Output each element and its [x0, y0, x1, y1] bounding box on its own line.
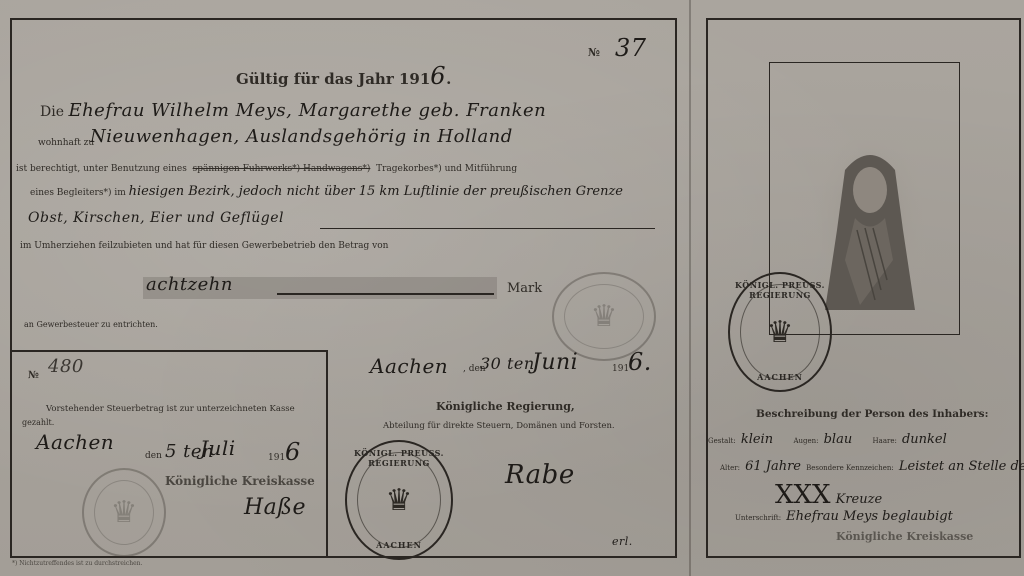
- validity-year: 6: [430, 62, 446, 90]
- haare-value: dunkel: [902, 432, 947, 447]
- receipt-signature: Haße: [244, 495, 306, 520]
- kennzeichen-label: Besondere Kennzeichen:: [806, 464, 894, 472]
- amount-rule: [277, 293, 494, 295]
- receipt-text-cont: gezahlt.: [22, 418, 54, 427]
- holder-name: Ehefrau Wilhelm Meys, Margarethe geb. Fr…: [68, 100, 546, 121]
- authority-initial: erl.: [612, 535, 633, 548]
- receipt-number: 480: [48, 356, 84, 377]
- kennzeichen-value: Leistet an Stelle der Namens-: [899, 459, 1024, 474]
- receipt-number-label: №: [28, 370, 39, 381]
- augen-value: blau: [824, 432, 853, 447]
- holder-portrait: [815, 140, 925, 315]
- issue-year: 6.: [628, 348, 652, 376]
- seal-bottom-text: AACHEN: [730, 372, 830, 382]
- holder-line: Die Ehefrau Wilhelm Meys, Margarethe geb…: [40, 100, 546, 121]
- alter-value: 61 Jahre: [745, 459, 801, 474]
- receipt-den-label: den: [145, 451, 162, 461]
- stamp-ring: [564, 284, 644, 349]
- augen-label: Augen:: [793, 437, 818, 445]
- issue-place: Aachen: [370, 354, 448, 378]
- receipt-faded-stamp: ♛: [82, 468, 166, 557]
- goods-list: Obst, Kirschen, Eier und Geflügel: [28, 210, 284, 226]
- description-row-age: Alter: 61 Jahre Besondere Kennzeichen: L…: [720, 455, 1024, 474]
- receipt-place: Aachen: [36, 430, 114, 454]
- permission-line: ist berechtigt, unter Benutzung eines sp…: [16, 164, 517, 174]
- trade-text: im Umherziehen feilzubieten und hat für …: [20, 241, 388, 251]
- tax-note: an Gewerbesteuer zu entrichten.: [24, 320, 158, 329]
- seal-top-text: KÖNIGL. PREUSS. REGIERUNG: [347, 448, 451, 468]
- footnote: *) Nichtzutreffendes ist zu durchstreich…: [12, 560, 142, 567]
- struck-options: spännigen Fuhrwerks*) Handwagens*): [193, 164, 371, 174]
- description-title: Beschreibung der Person des Inhabers:: [756, 408, 988, 420]
- receipt-office-stamp: Königliche Kreiskasse: [165, 474, 315, 488]
- haare-label: Haare:: [873, 437, 897, 445]
- issue-month: Juni: [532, 350, 578, 375]
- seal-bottom-text: AACHEN: [347, 540, 451, 550]
- seal-top-text: KÖNIGL. PREUSS. REGIERUNG: [730, 280, 830, 300]
- residence-label: wohnhaft zu: [38, 138, 94, 148]
- permission-text-end: Tragekorbes*) und Mitführung: [376, 164, 517, 174]
- receipt-month: Juli: [200, 436, 236, 460]
- gestalt-value: klein: [741, 432, 773, 447]
- right-office-stamp: Königliche Kreiskasse: [836, 530, 973, 543]
- permit-number-label: №: [588, 46, 600, 59]
- unterschrift-value: Ehefrau Meys beglaubigt: [786, 509, 953, 524]
- receipt-year: 6: [285, 438, 301, 466]
- amount-value: achtzehn: [146, 274, 233, 295]
- alter-label: Alter:: [720, 464, 740, 472]
- receipt-text: Vorstehender Steuerbetrag ist zur unterz…: [46, 404, 295, 414]
- permission-text-start: ist berechtigt, unter Benutzung eines: [16, 164, 187, 174]
- receipt-year-prefix: 191: [268, 453, 285, 463]
- unterschrift-label: Unterschrift:: [735, 514, 781, 522]
- authority-department: Abteilung für direkte Steuern, Domänen u…: [383, 421, 615, 431]
- validity-title-text: Gültig für das Jahr 191: [236, 70, 430, 88]
- authority-name: Königliche Regierung,: [436, 400, 575, 413]
- issue-year-prefix: 191: [612, 364, 629, 374]
- description-row-physical: Gestalt: klein Augen: blau Haare: dunkel: [708, 428, 947, 447]
- goods-rule: [320, 228, 655, 229]
- holder-prefix: Die: [40, 104, 64, 120]
- gestalt-label: Gestalt:: [708, 437, 736, 445]
- government-seal: KÖNIGL. PREUSS. REGIERUNG ♛ AACHEN: [345, 440, 453, 560]
- issue-day: 30 ten: [480, 354, 535, 373]
- residence-value: Nieuwenhagen, Auslandsgehörig in Holland: [90, 126, 513, 147]
- description-row-signature: Unterschrift: Ehefrau Meys beglaubigt: [735, 505, 953, 524]
- companion-line: eines Begleiters*) im hiesigen Bezirk, j…: [30, 184, 623, 199]
- currency-label: Mark: [507, 281, 542, 296]
- authority-signature: Rabe: [505, 460, 575, 490]
- photo-seal: KÖNIGL. PREUSS. REGIERUNG ♛ AACHEN: [728, 272, 832, 392]
- region-restriction: hiesigen Bezirk, jedoch nicht über 15 km…: [129, 184, 623, 199]
- page-fold: [689, 0, 691, 576]
- companion-prefix: eines Begleiters*) im: [30, 188, 126, 198]
- permit-number: 37: [615, 34, 647, 62]
- stamp-ring: [94, 480, 154, 545]
- validity-title: Gültig für das Jahr 1916.: [236, 62, 451, 90]
